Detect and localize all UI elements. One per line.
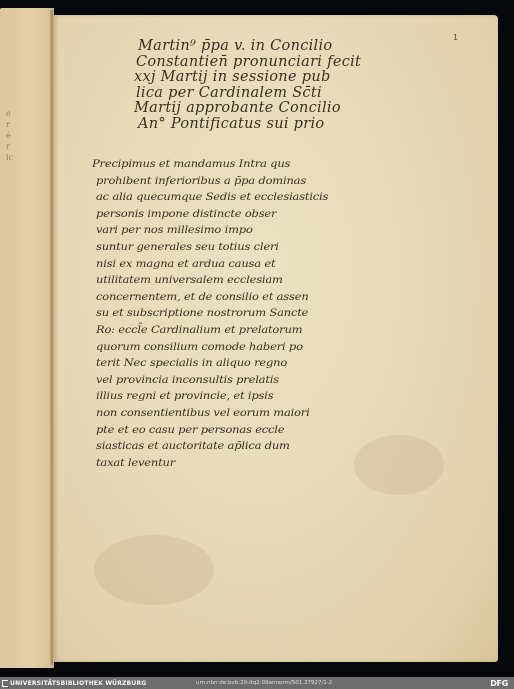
left-page-edge: e r é r ic	[0, 8, 54, 668]
heading-line: Constantien̄ pronunciari fecit	[124, 55, 464, 71]
urn-identifier: urn:nbn:de:bvb:20-itq2:09annorm/501.3792…	[196, 680, 332, 686]
body-line: personis impone distincte obser	[92, 206, 392, 221]
body-line: Ro: eccl̄e Cardinalium et prelatorum	[92, 322, 392, 337]
margin-fragment: e	[6, 108, 18, 119]
body-line: utilitatem universalem ecclesiam	[92, 272, 392, 287]
body-line: vel provincia inconsultis prelatis	[92, 372, 392, 387]
margin-fragment: ic	[6, 152, 18, 163]
body-line: vari per nos millesimo impo	[92, 222, 392, 237]
heading-line: xxj Martij in sessione pub	[124, 70, 464, 86]
margin-fragment: é	[6, 130, 18, 141]
margin-fragment: r	[6, 141, 18, 152]
body-line: illius regni et provincie, et ipsis	[92, 388, 392, 403]
paper-stain	[94, 535, 214, 605]
dfg-logo: DFG	[490, 679, 508, 688]
body-line: non consentientibus vel eorum maiori	[92, 405, 392, 420]
body-line: prohibent inferioribus a p̄pa dominas	[92, 173, 392, 188]
library-name: UNIVERSITÄTSBIBLIOTHEK WÜRZBURG	[10, 680, 146, 687]
body-line: ac alia quecumque Sedis et ecclesiastici…	[92, 189, 392, 204]
body-line: Precipimus et mandamus Intra qus	[92, 156, 392, 171]
body-line: suntur generales seu totius cleri	[92, 239, 392, 254]
body-line: quorum consilium comode haberi po	[92, 339, 392, 354]
library-logo: UNIVERSITÄTSBIBLIOTHEK WÜRZBURG	[2, 679, 146, 687]
body-line: pte et eo casu per personas eccle	[92, 422, 392, 437]
margin-fragment: r	[6, 119, 18, 130]
heading-line: Martij approbante Concilio	[124, 101, 464, 117]
library-logo-icon	[2, 680, 8, 687]
manuscript-body: Precipimus et mandamus Intra qus prohibe…	[92, 156, 392, 471]
footer-bar: UNIVERSITÄTSBIBLIOTHEK WÜRZBURG urn:nbn:…	[0, 677, 514, 689]
body-line: nisi ex magna et ardua causa et	[92, 256, 392, 271]
left-page-margin-text: e r é r ic	[6, 108, 18, 163]
body-line: su et subscriptione nostrorum Sancte	[92, 305, 392, 320]
body-line: concernentem, et de consilio et assen	[92, 289, 392, 304]
scan-viewport: e r é r ic 1 Martin⁹ p̄pa v. in Concilio…	[0, 0, 514, 677]
body-line: taxat leventur	[92, 455, 392, 470]
heading-line: lica per Cardinalem Sc̄ti	[124, 86, 464, 102]
manuscript-heading: Martin⁹ p̄pa v. in Concilio Constantien̄…	[124, 39, 464, 132]
heading-line: Martin⁹ p̄pa v. in Concilio	[124, 39, 464, 55]
heading-line: An° Pontificatus sui prio	[124, 117, 464, 133]
body-line: terit Nec specialis in aliquo regno	[92, 355, 392, 370]
manuscript-page: 1 Martin⁹ p̄pa v. in Concilio Constantie…	[54, 15, 498, 662]
body-line: siasticas et auctoritate ap̄lica dum	[92, 438, 392, 453]
